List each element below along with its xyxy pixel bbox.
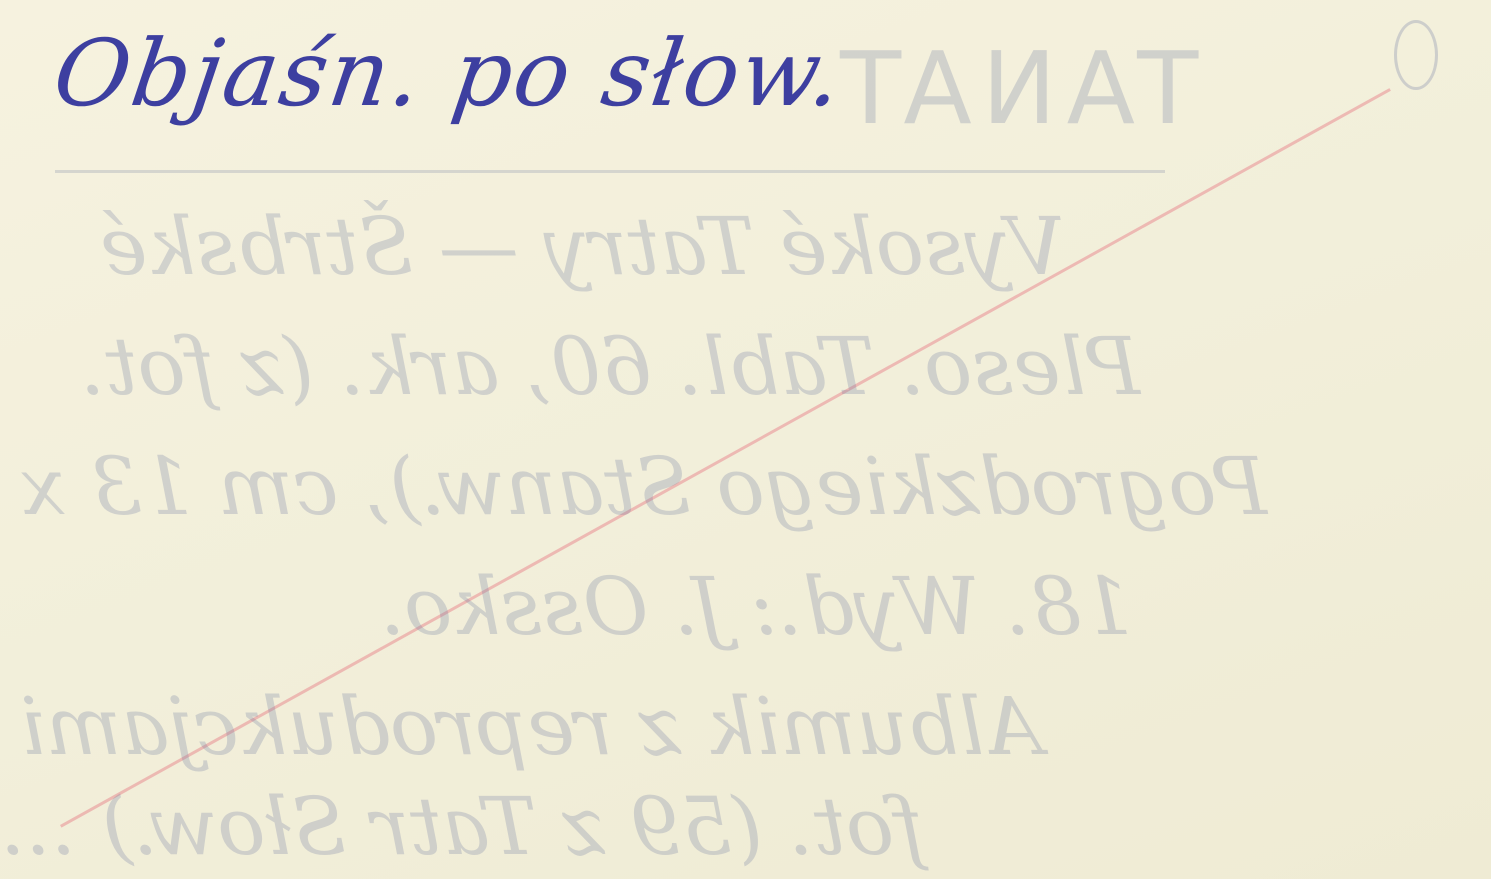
show-through-title: TANAT	[830, 30, 1198, 147]
show-through-line: Albumik z reprodukcjami	[20, 680, 1042, 773]
show-through-line: fot. (59 z Tatr Słow.) ...	[0, 780, 924, 873]
index-card: TANAT Vysoké Tatry — Štrbské Pleso. Tabl…	[0, 0, 1491, 879]
punch-hole	[1394, 20, 1438, 90]
show-through-line: Pleso. Tabl. 60, ark. (z fot.	[80, 320, 1140, 413]
card-heading: Objaśn. po słow.	[47, 20, 850, 127]
ruled-line	[55, 170, 1165, 173]
show-through-line: Vysoké Tatry — Štrbské	[100, 200, 1065, 293]
show-through-line: 18. Wyd.: J. Ossko.	[380, 560, 1132, 653]
show-through-line: Pogrodzkiego Stanw.), cm 13 x	[20, 440, 1267, 533]
